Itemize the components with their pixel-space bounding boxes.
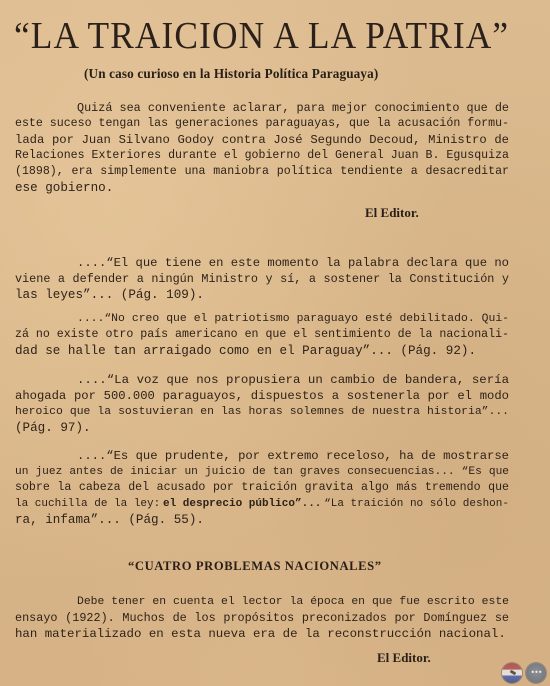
text-line: Debe tener en cuenta el lector la época … [77, 594, 509, 610]
text-line: ahogada por 500.000 paraguayos, dispuest… [15, 388, 509, 404]
editor-signature: El Editor. [377, 650, 431, 666]
text-run: “La traición no sólo deshon- [324, 496, 509, 512]
text-line: un juez antes de iniciar un juicio de ta… [15, 464, 509, 480]
text-line: ....“El que tiene en este momento la pal… [77, 255, 509, 271]
text-line: heroico que la sostuvieran en las horas … [15, 404, 509, 420]
text-line: la cuchilla de la ley: el desprecio públ… [15, 496, 509, 512]
text-line: lada por Juan Silvano Godoy contra José … [15, 132, 509, 148]
text-line: ensayo (1922). Muchos de los propósitos … [15, 610, 509, 626]
paraguay-flag-icon[interactable] [502, 663, 522, 683]
text-line: sobre la cabeza del acusado por traición… [15, 480, 509, 496]
text-line: zá no existe otro país americano en que … [15, 327, 509, 343]
section-heading: “CUATRO PROBLEMAS NACIONALES” [128, 559, 382, 574]
text-line: las leyes”... (Pág. 109). [15, 287, 509, 303]
more-dots-icon[interactable]: ••• [526, 663, 546, 683]
emphasized-text: el desprecio público”... [163, 496, 321, 512]
text-line: este suceso tengan las generaciones para… [15, 116, 509, 132]
text-line: dad se halle tan arraigado como en el Pa… [15, 343, 509, 359]
text-line: ra, infama”... (Pág. 55). [15, 512, 509, 528]
editor-signature: El Editor. [365, 205, 419, 221]
text-line: ....“No creo que el patriotismo paraguay… [77, 311, 509, 327]
page-title: “LA TRAICION A LA PATRIA” [14, 14, 479, 58]
text-line: (1898), era simplemente una maniobra pol… [15, 164, 509, 180]
text-line: ....“Es que prudente, por extremo recelo… [77, 448, 509, 464]
document-page: “LA TRAICION A LA PATRIA” (Un caso curio… [0, 0, 550, 686]
page-subtitle: (Un caso curioso en la Historia Política… [84, 66, 378, 82]
text-line: ese gobierno. [15, 180, 509, 196]
text-line: viene a defender a ningún Ministro y sí,… [15, 271, 509, 287]
text-line: ....“La voz que nos propusiera un cambio… [77, 372, 509, 388]
text-run: la cuchilla de la ley: [15, 496, 160, 512]
text-line: Quizá sea conveniente aclarar, para mejo… [77, 100, 509, 116]
text-line: han materializado en esta nueva era de l… [15, 626, 509, 642]
text-line: (Pág. 97). [15, 420, 509, 436]
text-line: Relaciones Exteriores durante el gobiern… [15, 148, 509, 164]
